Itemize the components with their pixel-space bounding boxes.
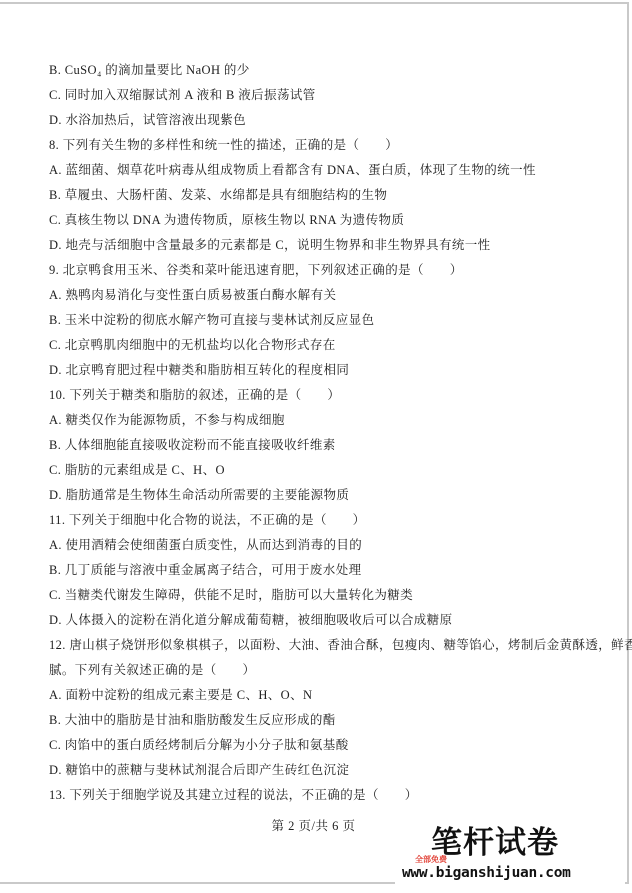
- biganshijuan-watermark: 笔杆试卷 全部免费 www.biganshijuan.com: [395, 824, 625, 886]
- question-line: 12. 唐山棋子烧饼形似象棋棋子，以面粉、大油、香油合酥，包瘦肉、糖等馅心，烤制…: [49, 633, 617, 658]
- exam-paper-page: B. CuSO₄ 的滴加量要比 NaOH 的少 C. 同时加入双缩脲试剂 A 液…: [0, 2, 629, 884]
- option-line: B. 人体细胞能直接吸收淀粉而不能直接吸收纤维素: [49, 433, 617, 458]
- option-line: B. CuSO₄ 的滴加量要比 NaOH 的少: [49, 58, 617, 83]
- question-line: 8. 下列有关生物的多样性和统一性的描述，正确的是（ ）: [49, 133, 617, 158]
- option-line: D. 脂肪通常是生物体生命活动所需要的主要能源物质: [49, 483, 617, 508]
- option-line: C. 北京鸭肌肉细胞中的无机盐均以化合物形式存在: [49, 333, 617, 358]
- watermark-url-text: www.biganshijuan.com: [402, 864, 571, 882]
- option-line: C. 同时加入双缩脲试剂 A 液和 B 液后振荡试管: [49, 83, 617, 108]
- option-line: D. 人体摄入的淀粉在消化道分解成葡萄糖，被细胞吸收后可以合成糖原: [49, 608, 617, 633]
- watermark-brand-text: 笔杆试卷: [431, 826, 559, 860]
- option-line: D. 地壳与活细胞中含量最多的元素都是 C，说明生物界和非生物界具有统一性: [49, 233, 617, 258]
- option-line: A. 蓝细菌、烟草花叶病毒从组成物质上看都含有 DNA、蛋白质，体现了生物的统一…: [49, 158, 617, 183]
- exam-questions-block: B. CuSO₄ 的滴加量要比 NaOH 的少 C. 同时加入双缩脲试剂 A 液…: [49, 58, 617, 808]
- option-line: C. 真核生物以 DNA 为遗传物质，原核生物以 RNA 为遗传物质: [49, 208, 617, 233]
- option-line: B. 玉米中淀粉的彻底水解产物可直接与斐林试剂反应显色: [49, 308, 617, 333]
- question-continuation-line: 腻。下列有关叙述正确的是（ ）: [49, 658, 617, 683]
- option-line: A. 糖类仅作为能源物质，不参与构成细胞: [49, 408, 617, 433]
- option-line: C. 脂肪的元素组成是 C、H、O: [49, 458, 617, 483]
- watermark-tagline-text: 全部免费: [415, 855, 447, 864]
- option-line: D. 水浴加热后，试管溶液出现紫色: [49, 108, 617, 133]
- option-line: B. 草履虫、大肠杆菌、发菜、水绵都是具有细胞结构的生物: [49, 183, 617, 208]
- question-line: 13. 下列关于细胞学说及其建立过程的说法，不正确的是（ ）: [49, 783, 617, 808]
- question-line: 11. 下列关于细胞中化合物的说法，不正确的是（ ）: [49, 508, 617, 533]
- option-line: D. 糖馅中的蔗糖与斐林试剂混合后即产生砖红色沉淀: [49, 758, 617, 783]
- option-line: A. 使用酒精会使细菌蛋白质变性，从而达到消毒的目的: [49, 533, 617, 558]
- option-line: A. 熟鸭肉易消化与变性蛋白质易被蛋白酶水解有关: [49, 283, 617, 308]
- question-line: 10. 下列关于糖类和脂肪的叙述，正确的是（ ）: [49, 383, 617, 408]
- option-line: D. 北京鸭育肥过程中糖类和脂肪相互转化的程度相同: [49, 358, 617, 383]
- option-line: C. 当糖类代谢发生障碍，供能不足时，脂肪可以大量转化为糖类: [49, 583, 617, 608]
- option-line: C. 肉馅中的蛋白质经烤制后分解为小分子肽和氨基酸: [49, 733, 617, 758]
- option-line: B. 大油中的脂肪是甘油和脂肪酸发生反应形成的酯: [49, 708, 617, 733]
- question-line: 9. 北京鸭食用玉米、谷类和菜叶能迅速育肥，下列叙述正确的是（ ）: [49, 258, 617, 283]
- option-line: B. 几丁质能与溶液中重金属离子结合，可用于废水处理: [49, 558, 617, 583]
- option-line: A. 面粉中淀粉的组成元素主要是 C、H、O、N: [49, 683, 617, 708]
